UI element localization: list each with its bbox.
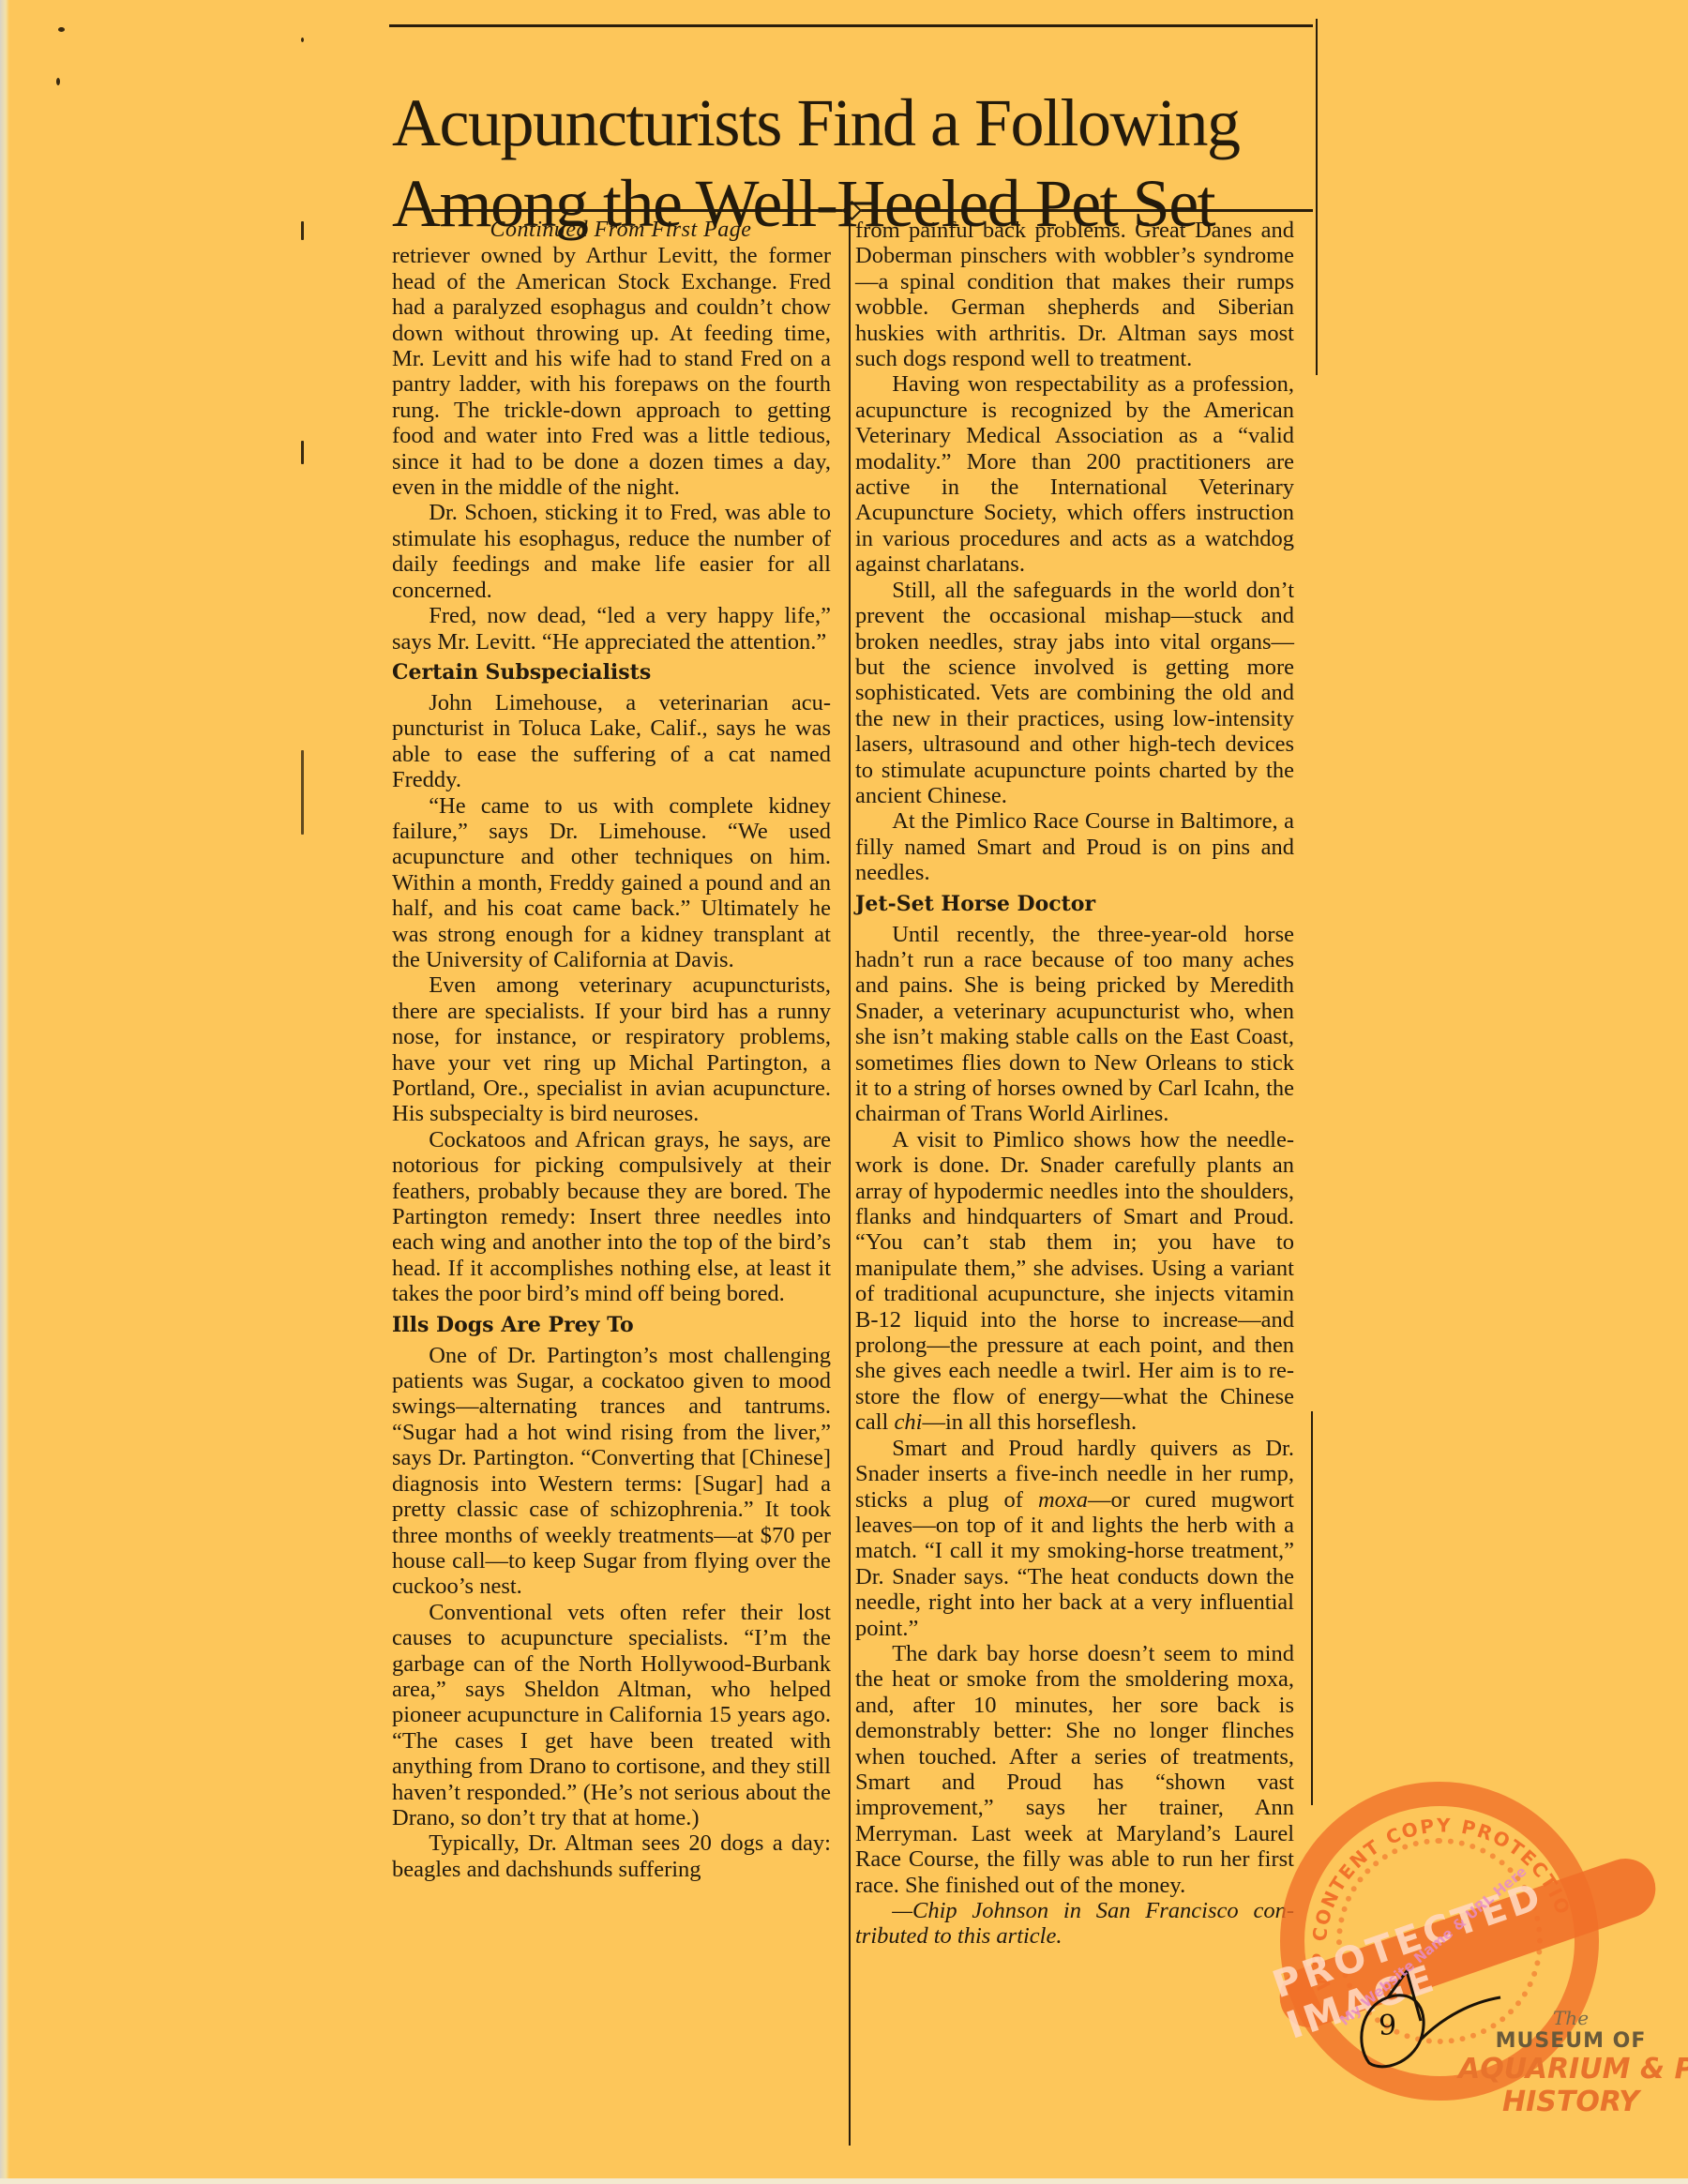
- article-paragraph: “He came to us with complete kidney fail…: [392, 793, 831, 973]
- article-paragraph: Smart and Proud hardly quivers as Dr. Sn…: [855, 1436, 1294, 1641]
- museum-logo: The MUSEUM OF AQUARIUM & PET HISTORY: [1458, 2007, 1683, 2138]
- scan-speck: [301, 38, 304, 42]
- section-subhead: Certain Subspecialists: [392, 656, 831, 688]
- left-column-body: retriever owned by Arthur Levitt, the fo…: [392, 243, 831, 1882]
- museum-logo-the: The: [1458, 2007, 1683, 2029]
- headline-line-1: Acupuncturists Find a Following: [392, 83, 1311, 163]
- article-paragraph: Conventional vets often refer their lost…: [392, 1600, 831, 1831]
- article-paragraph: At the Pimlico Race Course in Balti­more…: [855, 808, 1294, 885]
- scan-speck: [56, 78, 60, 85]
- museum-logo-history: HISTORY: [1458, 2086, 1683, 2118]
- article-paragraph: retriever owned by Arthur Levitt, the fo…: [392, 243, 831, 500]
- article-paragraph: from painful back problems. Great Danes …: [855, 218, 1294, 371]
- right-border-rule: [1316, 19, 1318, 375]
- article-paragraph: Even among veterinary acupuncturists, th…: [392, 972, 831, 1126]
- article-paragraph: Still, all the safeguards in the world d…: [855, 578, 1294, 809]
- article-paragraph: Fred, now dead, “led a very happy life,”…: [392, 603, 831, 655]
- scan-speck: [301, 441, 304, 464]
- article-paragraph: A visit to Pimlico shows how the needle­…: [855, 1127, 1294, 1436]
- column-divider-rule: [849, 214, 851, 2146]
- section-subhead: Jet-Set Horse Doctor: [855, 888, 1294, 920]
- scan-speck: [301, 750, 304, 835]
- article-paragraph: Typically, Dr. Altman sees 20 dogs a day…: [392, 1830, 831, 1882]
- article-paragraph: John Limehouse, a veterinarian acu­punct…: [392, 690, 831, 793]
- museum-logo-museum-of: MUSEUM OF: [1458, 2029, 1683, 2053]
- scan-page-edge: [0, 0, 9, 2184]
- article-paragraph: Dr. Schoen, sticking it to Fred, was abl…: [392, 500, 831, 603]
- article-paragraph: Having won respectability as a profes­si…: [855, 371, 1294, 577]
- right-column-body: from painful back problems. Great Danes …: [855, 218, 1294, 1950]
- svg-text:9: 9: [1379, 2010, 1396, 2042]
- right-margin-rule: [1311, 1411, 1313, 1805]
- byline: —Chip Johnson in San Francisco con­tribu…: [855, 1898, 1294, 1950]
- article-paragraph: One of Dr. Partington’s most challeng­in…: [392, 1343, 831, 1600]
- scan-speck: [58, 27, 65, 32]
- article-column-left: Continued From First Page retriever owne…: [392, 218, 831, 1882]
- top-rule: [389, 24, 1313, 27]
- museum-logo-aquarium-pet: AQUARIUM & PET: [1458, 2053, 1683, 2086]
- section-subhead: Ills Dogs Are Prey To: [392, 1309, 831, 1341]
- scan-speck: [301, 221, 304, 240]
- article-column-right: from painful back problems. Great Danes …: [855, 218, 1294, 1950]
- article-paragraph: The dark bay horse doesn’t seem to mind …: [855, 1641, 1294, 1898]
- scan-page-edge-bottom: [0, 2178, 1688, 2184]
- article-paragraph: Until recently, the three-year-old horse…: [855, 922, 1294, 1127]
- continued-from-first-page: Continued From First Page: [392, 218, 831, 243]
- article-paragraph: Cockatoos and African grays, he says, ar…: [392, 1127, 831, 1307]
